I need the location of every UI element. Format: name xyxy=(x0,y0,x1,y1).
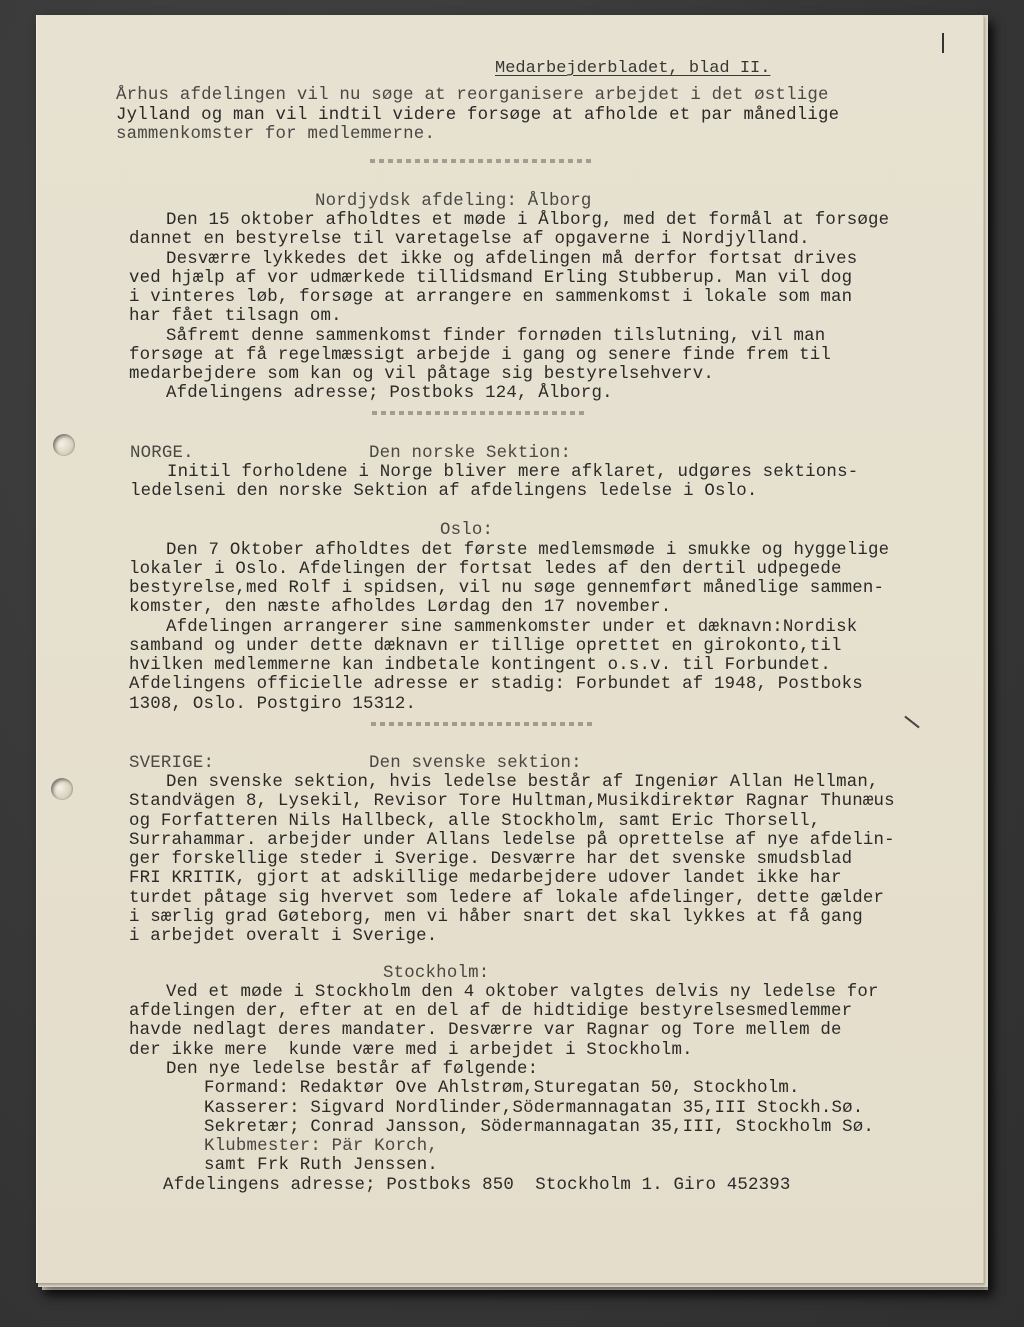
text-line: havde nedlagt deres mandater. Desværre v… xyxy=(129,1022,842,1041)
text-line: og Forfatteren Nils Hallbeck, alle Stock… xyxy=(129,813,820,832)
branch-address: Afdelingens adresse; Postboks 850 Stockh… xyxy=(163,1177,791,1196)
separator-line xyxy=(371,722,593,726)
text-line: samband og under dette dæknavn er tillig… xyxy=(129,638,842,657)
text-line: turdet påtage sig hvervet som ledere af … xyxy=(129,890,884,909)
section-heading: Den norske Sektion: xyxy=(369,445,571,464)
text-line: Den 7 Oktober afholdtes det første medle… xyxy=(166,542,889,561)
text-line: sammenkomster for medlemmerne. xyxy=(116,126,435,145)
text-line: i vinteres løb, forsøge at arrangere en … xyxy=(129,289,852,308)
text-line: Surrahammar. arbejder under Allans ledel… xyxy=(129,832,895,851)
text-line: medarbejdere som kan og vil påtage sig b… xyxy=(129,366,714,385)
text-line: Afdelingen arrangerer sine sammenkomster… xyxy=(166,619,857,638)
section-heading: Nordjydsk afdeling: Ålborg xyxy=(315,193,592,212)
text-line: Jylland og man vil indtil videre forsøge… xyxy=(116,107,839,126)
text-line: i arbejdet overalt i Sverige. xyxy=(129,928,437,947)
separator-line xyxy=(370,159,592,163)
text-line: Den nye ledelse består af følgende: xyxy=(166,1061,538,1080)
text-line: Afdelingens adresse; Postboks 124, Ålbor… xyxy=(166,385,613,404)
text-line: FRI KRITIK, gjort at adskillige medarbej… xyxy=(129,870,842,889)
document-header-title: Medarbejderbladet, blad II. xyxy=(495,59,770,78)
text-line: Den 15 oktober afholdtes et møde i Ålbor… xyxy=(166,212,889,231)
text-line: Den svenske sektion, hvis ledelse består… xyxy=(166,774,879,793)
margin-mark xyxy=(942,33,944,53)
stray-pen-mark xyxy=(904,716,919,729)
board-member: Formand: Redaktør Ove Ahlstrøm,Sturegata… xyxy=(204,1080,800,1099)
text-line: har fået tilsagn om. xyxy=(129,308,342,327)
text-line: Afdelingens officielle adresse er stadig… xyxy=(129,676,863,695)
text-line: dannet en bestyrelse til varetagelse af … xyxy=(129,231,810,250)
text-line: forsøge at få regelmæssigt arbejde i gan… xyxy=(129,347,831,366)
board-member: Kasserer: Sigvard Nordlinder,Södermannag… xyxy=(204,1100,863,1119)
subsection-heading: Oslo: xyxy=(440,522,493,541)
text-line: der ikke mere kunde være med i arbejdet … xyxy=(129,1042,693,1061)
board-member: Sekretær; Conrad Jansson, Södermannagata… xyxy=(204,1119,874,1138)
text-line: komster, den næste afholdes Lørdag den 1… xyxy=(129,599,671,618)
text-line: 1308, Oslo. Postgiro 15312. xyxy=(129,696,416,715)
country-label: SVERIGE: xyxy=(129,755,214,774)
text-line: ledelseni den norske Sektion af afdeling… xyxy=(130,483,758,502)
text-line: ved hjælp af vor udmærkede tillidsmand E… xyxy=(129,270,852,289)
subsection-heading: Stockholm: xyxy=(383,965,489,984)
text-line: Standvägen 8, Lysekil, Revisor Tore Hult… xyxy=(129,793,895,812)
text-line: Århus afdelingen vil nu søge at reorgani… xyxy=(116,87,829,106)
document-page: Medarbejderbladet, blad II. Århus afdeli… xyxy=(36,15,984,1283)
punch-hole-icon xyxy=(51,778,73,800)
separator-line xyxy=(372,411,584,415)
text-line: afdelingen der, efter at en del af de hi… xyxy=(129,1003,852,1022)
board-member: samt Frk Ruth Jenssen. xyxy=(204,1157,438,1176)
text-line: lokaler i Oslo. Afdelingen der fortsat l… xyxy=(129,561,842,580)
text-line: i særlig grad Gøteborg, men vi håber sna… xyxy=(129,909,863,928)
punch-hole-icon xyxy=(53,434,75,456)
text-line: hvilken medlemmerne kan indbetale kontin… xyxy=(129,657,831,676)
text-line: bestyrelse,med Rolf i spidsen, vil nu sø… xyxy=(129,580,884,599)
text-line: Desværre lykkedes det ikke og afdelingen… xyxy=(166,251,857,270)
text-line: ger forskellige steder i Sverige. Desvær… xyxy=(129,851,852,870)
text-line: Såfremt denne sammenkomst finder fornøde… xyxy=(166,328,825,347)
country-label: NORGE. xyxy=(130,445,194,464)
board-member: Klubmester: Pär Korch, xyxy=(204,1138,438,1157)
text-line: Initil forholdene i Norge bliver mere af… xyxy=(167,464,858,483)
section-heading: Den svenske sektion: xyxy=(369,755,582,774)
text-line: Ved et møde i Stockholm den 4 oktober va… xyxy=(166,984,879,1003)
